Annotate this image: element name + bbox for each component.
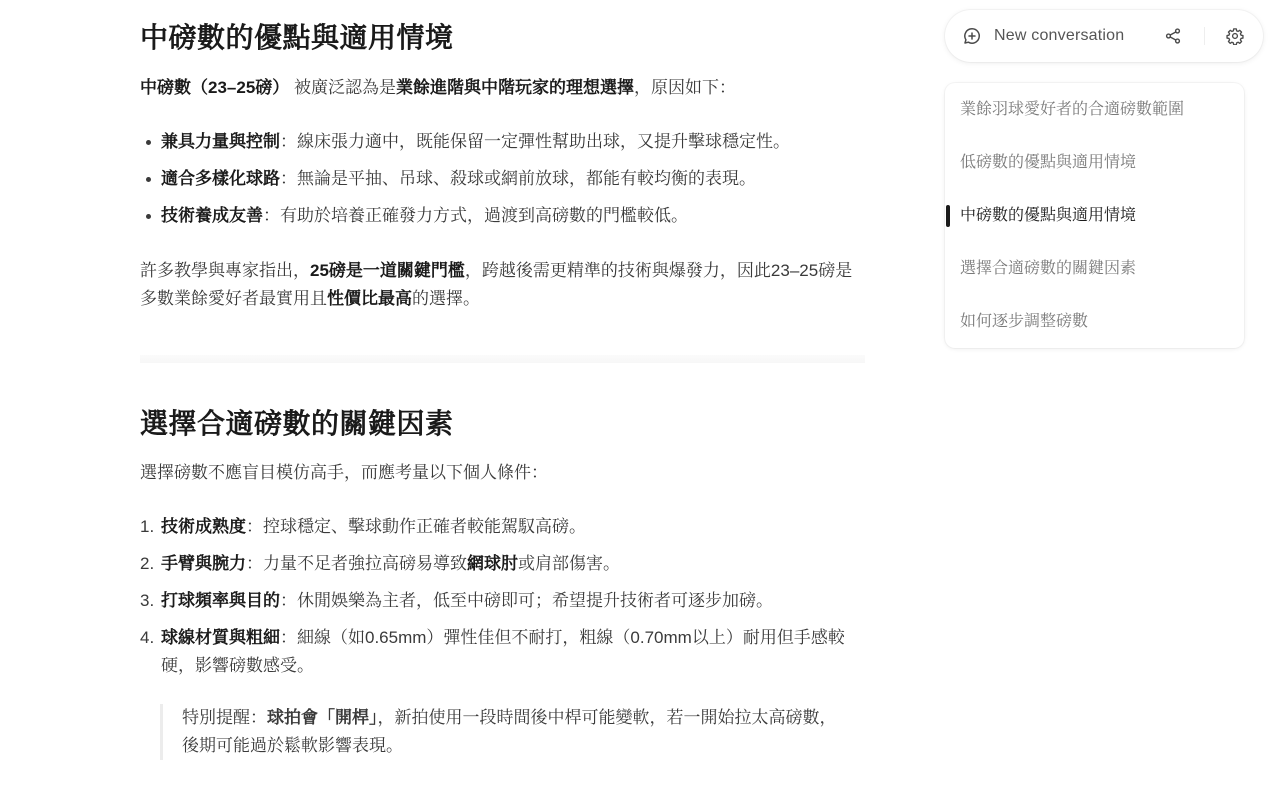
closing-bold: 25磅是一道關鍵門檻 (310, 261, 465, 280)
conversation-toolbar: New conversation (945, 10, 1263, 62)
toc-item-key-factors[interactable]: 選擇合適磅數的關鍵因素 (945, 242, 1244, 295)
list-item-bold: 技術養成友善 (161, 206, 263, 225)
list-item: 4.球線材質與粗細：細線（如0.65mm）彈性佳但不耐打，粗線（0.70mm以上… (140, 624, 865, 680)
list-item-bold: 球線材質與粗細 (161, 628, 280, 647)
list-item-text: ：力量不足者強拉高磅易導致 (246, 554, 467, 573)
list-item-text: ：休閒娛樂為主者，低至中磅即可；希望提升技術者可逐步加磅。 (280, 591, 773, 610)
section-heading-mid-tension: 中磅數的優點與適用情境 (140, 20, 454, 56)
list-item: 2.手臂與腕力：力量不足者強拉高磅易導致網球肘或肩部傷害。 (140, 550, 865, 578)
mid-tension-closing-paragraph: 許多教學與專家指出，25磅是一道關鍵門檻，跨越後需更精準的技術與爆發力，因此23… (140, 257, 865, 313)
toc-item-label: 如何逐步調整磅數 (960, 313, 1088, 330)
list-number: 4. (140, 624, 154, 652)
new-conversation-label: New conversation (994, 27, 1124, 45)
intro-bold: 業餘進階與中階玩家的理想選擇 (396, 78, 634, 97)
toc-item-adjust-gradually[interactable]: 如何逐步調整磅數 (945, 295, 1244, 348)
closing-text: 的選擇。 (412, 289, 480, 308)
intro-lead-bold: 中磅數（23–25磅） (140, 78, 289, 97)
table-of-contents: 業餘羽球愛好者的合適磅數範圍 低磅數的優點與適用情境 中磅數的優點與適用情境 選… (945, 83, 1244, 348)
mid-tension-intro: 中磅數（23–25磅） 被廣泛認為是業餘進階與中階玩家的理想選擇，原因如下： (140, 74, 865, 102)
mid-tension-benefits-list: 兼具力量與控制：線床張力適中，既能保留一定彈性幫助出球，又提升擊球穩定性。 適合… (140, 128, 865, 239)
toc-item-amateur-range[interactable]: 業餘羽球愛好者的合適磅數範圍 (945, 83, 1244, 136)
closing-text: 許多教學與專家指出， (140, 261, 310, 280)
list-item-bold: 打球頻率與目的 (161, 591, 280, 610)
toc-item-label: 中磅數的優點與適用情境 (960, 207, 1136, 224)
intro-middle: 被廣泛認為是 (289, 78, 396, 97)
list-item-bold: 適合多樣化球路 (161, 169, 280, 188)
bullet-icon (146, 177, 151, 182)
callout-reminder: 特別提醒：球拍會「開桿」，新拍使用一段時間後中桿可能變軟，若一開始拉太高磅數，後… (160, 704, 850, 760)
toc-item-mid-tension[interactable]: 中磅數的優點與適用情境 (945, 189, 1244, 242)
closing-bold: 性價比最高 (327, 289, 412, 308)
toc-item-label: 低磅數的優點與適用情境 (960, 154, 1136, 171)
key-factors-list: 1.技術成熟度：控球穩定、擊球動作正確者較能駕馭高磅。 2.手臂與腕力：力量不足… (140, 513, 865, 689)
list-item: 3.打球頻率與目的：休閒娛樂為主者，低至中磅即可；希望提升技術者可逐步加磅。 (140, 587, 865, 615)
settings-gear-icon[interactable] (1225, 26, 1245, 46)
toc-item-low-tension[interactable]: 低磅數的優點與適用情境 (945, 136, 1244, 189)
section-heading-key-factors: 選擇合適磅數的關鍵因素 (140, 406, 454, 442)
list-item: 適合多樣化球路：無論是平抽、吊球、殺球或網前放球，都能有較均衡的表現。 (140, 165, 865, 202)
list-item-text: ：有助於培養正確發力方式，過渡到高磅數的門檻較低。 (263, 206, 688, 225)
callout-bold: 球拍會「開桿」 (267, 708, 378, 727)
section-divider (140, 355, 865, 363)
list-item: 兼具力量與控制：線床張力適中，既能保留一定彈性幫助出球，又提升擊球穩定性。 (140, 128, 865, 165)
key-factors-intro: 選擇磅數不應盲目模仿高手，而應考量以下個人條件： (140, 459, 865, 487)
intro-tail: ，原因如下： (634, 78, 736, 97)
share-icon[interactable] (1163, 26, 1183, 46)
active-marker (946, 205, 950, 227)
list-number: 2. (140, 550, 154, 578)
list-item: 1.技術成熟度：控球穩定、擊球動作正確者較能駕馭高磅。 (140, 513, 865, 541)
callout-prefix: 特別提醒： (182, 708, 267, 727)
bullet-icon (146, 214, 151, 219)
list-item-text: ：控球穩定、擊球動作正確者較能駕馭高磅。 (246, 517, 586, 536)
new-conversation-icon (962, 26, 982, 46)
page: 中磅數的優點與適用情境 中磅數（23–25磅） 被廣泛認為是業餘進階與中階玩家的… (0, 0, 1280, 786)
toc-item-label: 選擇合適磅數的關鍵因素 (960, 260, 1136, 277)
list-item: 技術養成友善：有助於培養正確發力方式，過渡到高磅數的門檻較低。 (140, 202, 865, 239)
list-item-text: ：線床張力適中，既能保留一定彈性幫助出球，又提升擊球穩定性。 (280, 132, 790, 151)
list-item-bold: 網球肘 (467, 554, 518, 573)
toc-item-label: 業餘羽球愛好者的合適磅數範圍 (960, 101, 1184, 118)
new-conversation-button[interactable]: New conversation (945, 10, 1124, 62)
bullet-icon (146, 140, 151, 145)
list-number: 3. (140, 587, 154, 615)
toolbar-divider (1204, 27, 1205, 45)
list-number: 1. (140, 513, 154, 541)
list-item-bold: 技術成熟度 (161, 517, 246, 536)
list-item-bold: 兼具力量與控制 (161, 132, 280, 151)
list-item-bold: 手臂與腕力 (161, 554, 246, 573)
list-item-text: ：無論是平抽、吊球、殺球或網前放球，都能有較均衡的表現。 (280, 169, 756, 188)
list-item-text: 或肩部傷害。 (518, 554, 620, 573)
